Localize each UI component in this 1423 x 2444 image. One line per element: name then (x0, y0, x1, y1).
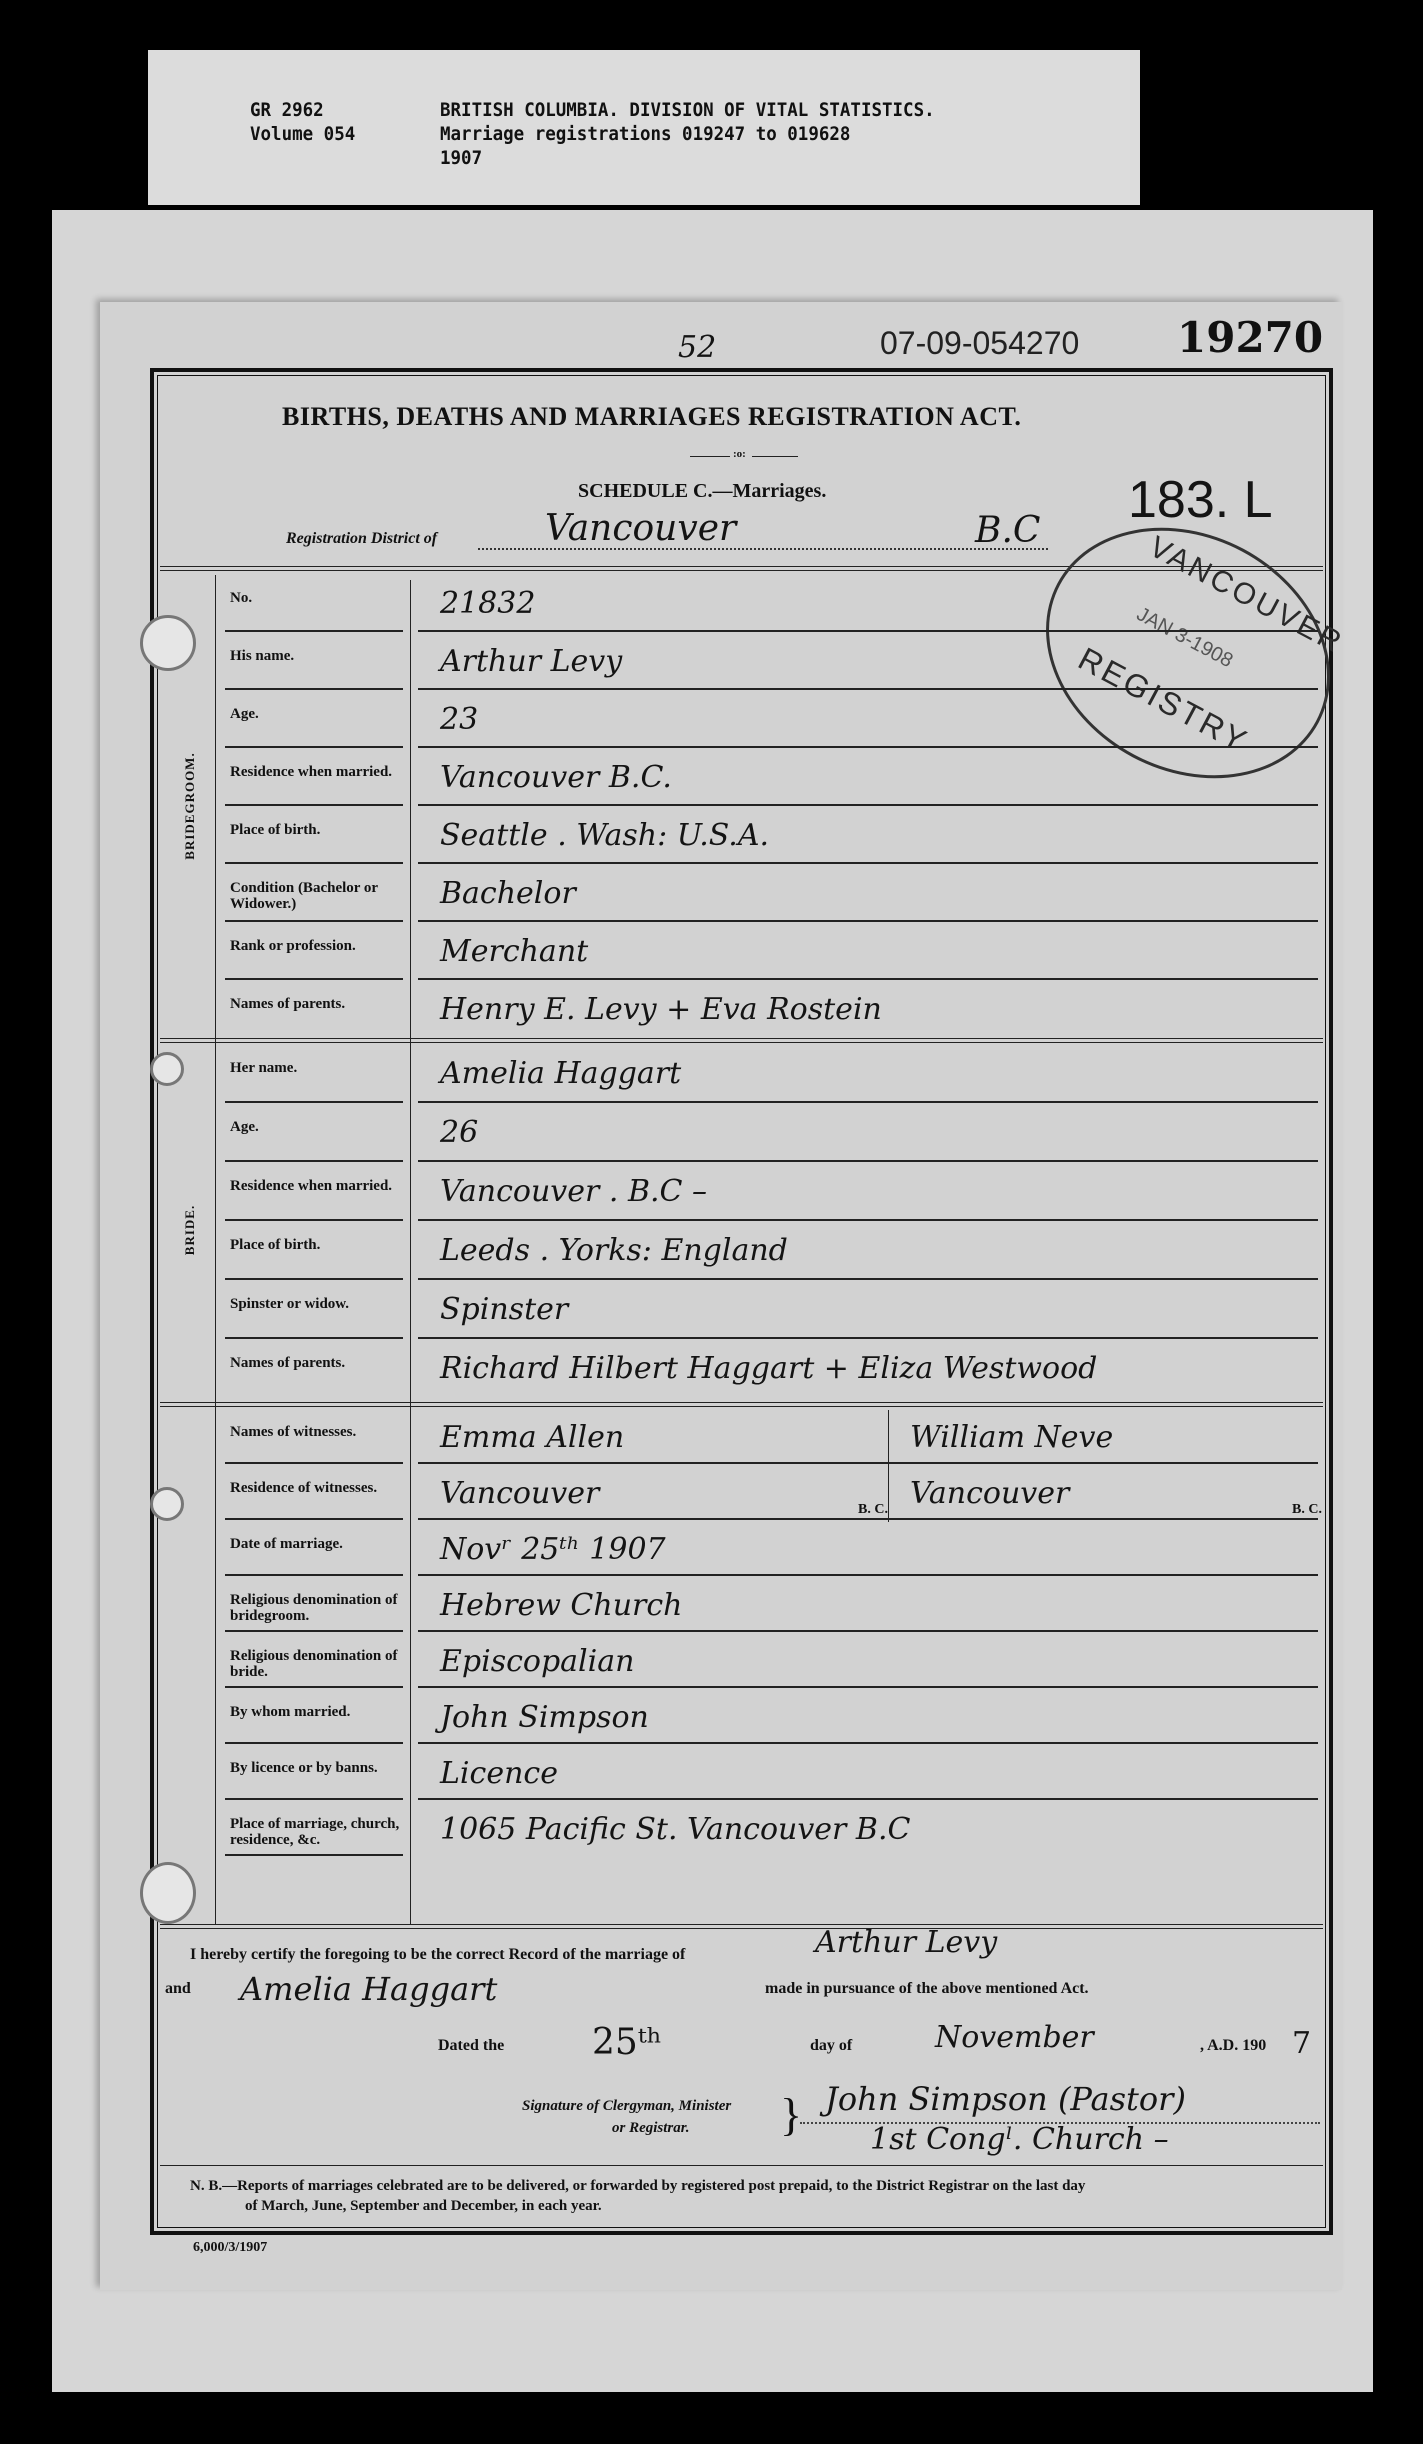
row-rule (225, 746, 403, 748)
field-value-2: Vancouver (910, 1476, 1069, 1511)
punch-hole (150, 1052, 184, 1086)
field-label: Rank or profession. (230, 938, 405, 954)
row-rule (418, 1686, 1318, 1688)
field-label: Date of marriage. (230, 1536, 405, 1552)
field-value: Merchant (440, 934, 588, 969)
district-suffix: B.C (975, 510, 1040, 551)
field-suffix: B. C. (858, 1502, 888, 1518)
label-column-divider (410, 580, 411, 1925)
field-value: Spinster (440, 1292, 568, 1327)
row-rule (225, 1219, 403, 1221)
bridegroom-bride-separator (160, 1042, 1323, 1043)
row-rule (225, 1630, 403, 1632)
row-rule (225, 1742, 403, 1744)
field-label: Religious denomination of bridegroom. (230, 1592, 405, 1624)
bridegroom-bride-separator (160, 1038, 1323, 1039)
row-rule (418, 804, 1318, 806)
row-rule (418, 688, 1318, 690)
field-label: Names of parents. (230, 1355, 405, 1371)
certified-bride-name: Amelia Haggart (240, 1970, 497, 2008)
field-label: Place of birth. (230, 822, 405, 838)
row-rule (418, 1630, 1318, 1632)
field-value: Amelia Haggart (440, 1056, 681, 1091)
row-rule (225, 1574, 403, 1576)
field-label: His name. (230, 648, 405, 664)
field-value: Henry E. Levy + Eva Rostein (440, 992, 882, 1027)
volume-number: Volume 054 (250, 122, 355, 146)
row-rule (418, 920, 1318, 922)
row-rule (225, 804, 403, 806)
field-value: Novʳ 25ᵗʰ 1907 (440, 1532, 666, 1567)
dated-label: Dated the (438, 2037, 504, 2055)
field-value: Vancouver . B.C – (440, 1174, 707, 1209)
volume-description: Marriage registrations 019247 to 019628 (440, 122, 850, 146)
field-value: Leeds . Yorks: England (440, 1233, 788, 1268)
row-rule (418, 1101, 1318, 1103)
field-label: Residence when married. (230, 764, 405, 780)
field-value: John Simpson (440, 1700, 649, 1735)
signature-church: 1st Congˡ. Church – (870, 2122, 1169, 2157)
row-rule (225, 1518, 403, 1520)
field-label: By licence or by banns. (230, 1760, 405, 1776)
row-rule (418, 1462, 1318, 1464)
certification-line-2: made in pursuance of the above mentioned… (765, 1980, 1089, 1998)
field-label: Age. (230, 706, 405, 722)
field-suffix-2: B. C. (1292, 1502, 1322, 1518)
bride-marriage-separator (160, 1402, 1323, 1403)
dated-day: 25ᵗʰ (592, 2022, 662, 2063)
field-value: Licence (440, 1756, 558, 1791)
row-rule (418, 1278, 1318, 1280)
signature-brace: } (780, 2088, 802, 2141)
row-rule (418, 978, 1318, 980)
field-label: Residence when married. (230, 1178, 405, 1194)
row-rule (418, 862, 1318, 864)
punch-hole (140, 1862, 196, 1924)
row-rule (418, 1574, 1318, 1576)
row-rule (225, 1854, 403, 1856)
bride-section-label: BRIDE. (182, 1195, 198, 1265)
field-value: Arthur Levy (440, 644, 622, 679)
certified-groom-name: Arthur Levy (815, 1925, 997, 1960)
print-code: 6,000/3/1907 (193, 2240, 267, 2256)
act-title: BIRTHS, DEATHS AND MARRIAGES REGISTRATIO… (282, 402, 1021, 432)
certification-line-1: I hereby certify the foregoing to be the… (190, 1946, 685, 1964)
title-rule-right (752, 456, 798, 457)
row-rule (225, 920, 403, 922)
row-rule (418, 1219, 1318, 1221)
field-label: Names of parents. (230, 996, 405, 1012)
bridegroom-section-label: BRIDEGROOM. (182, 751, 198, 861)
series-number: GR 2962 (250, 98, 324, 122)
dated-month: November (935, 2020, 1094, 2055)
marriage-cert-separator (160, 1928, 1323, 1929)
note-line-2: of March, June, September and December, … (245, 2198, 602, 2215)
field-label: Place of birth. (230, 1237, 405, 1253)
marriage-cert-separator (160, 1924, 1323, 1925)
row-rule (418, 630, 1318, 632)
schedule-title: SCHEDULE C.—Marriages. (578, 480, 826, 503)
punch-hole (150, 1487, 184, 1521)
agency-name: BRITISH COLUMBIA. DIVISION OF VITAL STAT… (440, 98, 935, 122)
row-rule (225, 630, 403, 632)
field-value: Emma Allen (440, 1420, 624, 1455)
witness-column-divider (888, 1410, 889, 1522)
volume-year: 1907 (440, 146, 482, 170)
field-value: Vancouver (440, 1476, 599, 1511)
field-label: No. (230, 590, 405, 606)
field-value: Hebrew Church (440, 1588, 683, 1623)
ad-label: , A.D. 190 (1200, 2037, 1266, 2055)
folio-number: 52 (678, 330, 716, 365)
row-rule (225, 978, 403, 980)
note-line-1: N. B.—Reports of marriages celebrated ar… (190, 2178, 1085, 2195)
field-value: 21832 (440, 586, 535, 621)
row-rule (225, 1160, 403, 1162)
row-rule (225, 1798, 403, 1800)
row-rule (225, 1337, 403, 1339)
field-value: 26 (440, 1115, 478, 1150)
row-rule (418, 1798, 1318, 1800)
field-value: Seattle . Wash: U.S.A. (440, 818, 769, 853)
registration-id: 07-09-054270 (880, 325, 1079, 362)
title-ornament: :o: (733, 448, 746, 460)
field-label: Place of marriage, church, residence, &c… (230, 1816, 405, 1848)
field-label: Age. (230, 1119, 405, 1135)
field-value: Bachelor (440, 876, 576, 911)
row-rule (418, 1742, 1318, 1744)
day-of-label: day of (810, 2037, 852, 2055)
field-label: Residence of witnesses. (230, 1480, 405, 1496)
field-label: Names of witnesses. (230, 1424, 405, 1440)
district-annotation: 183. L (1128, 470, 1273, 530)
field-value: Episcopalian (440, 1644, 634, 1679)
field-value: Richard Hilbert Haggart + Eliza Westwood (440, 1351, 1097, 1386)
district-label: Registration District of (286, 530, 437, 548)
field-value-2: William Neve (910, 1420, 1113, 1455)
field-value: 1065 Pacific St. Vancouver B.C (440, 1812, 910, 1847)
registration-stamp-number: 19270 (1177, 313, 1323, 362)
signature-label-2: or Registrar. (612, 2120, 690, 2137)
row-rule (418, 746, 1318, 748)
row-rule (225, 862, 403, 864)
field-label: By whom married. (230, 1704, 405, 1720)
row-rule (225, 688, 403, 690)
row-rule (418, 1160, 1318, 1162)
field-value: 23 (440, 702, 478, 737)
row-rule (418, 1337, 1318, 1339)
district-value: Vancouver (545, 508, 736, 549)
field-value: Vancouver B.C. (440, 760, 672, 795)
row-rule (225, 1101, 403, 1103)
field-label: Religious denomination of bride. (230, 1648, 405, 1680)
section-divider (215, 575, 216, 1925)
certification-and: and (165, 1980, 191, 1998)
ad-year-digit: 7 (1292, 2026, 1311, 2061)
signature-value: John Simpson (Pastor) (825, 2080, 1186, 2118)
archive-header-label: GR 2962 Volume 054 BRITISH COLUMBIA. DIV… (148, 50, 1140, 205)
row-rule (225, 1462, 403, 1464)
stamp-date: JAN 3-1908 (1132, 603, 1236, 673)
row-rule (225, 1278, 403, 1280)
row-rule (418, 1518, 1318, 1520)
signature-label-1: Signature of Clergyman, Minister (522, 2098, 731, 2115)
title-rule-left (690, 456, 730, 457)
field-label: Spinster or widow. (230, 1296, 405, 1312)
bride-marriage-separator (160, 1406, 1323, 1407)
field-label: Condition (Bachelor or Widower.) (230, 880, 405, 912)
field-label: Her name. (230, 1060, 405, 1076)
row-rule (225, 1686, 403, 1688)
note-rule (160, 2165, 1323, 2166)
punch-hole (140, 615, 196, 671)
